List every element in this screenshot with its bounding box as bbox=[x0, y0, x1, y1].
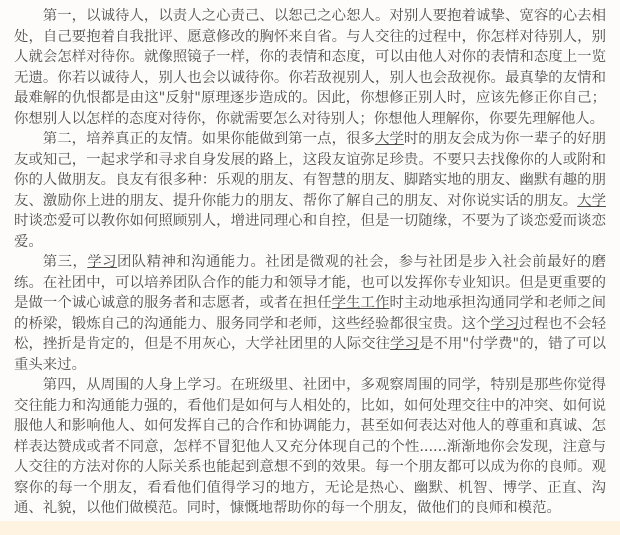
keyword-link[interactable]: 学习 bbox=[491, 316, 520, 332]
paragraph: 第一，以诚待人，以责人之心责己、以恕己之心恕人。对别人要抱着诚挚、宽容的心去相处… bbox=[14, 6, 606, 129]
paragraph: 第四，从周围的人身上学习。在班级里、社团中，多观察周围的同学，特别是那些你觉得交… bbox=[14, 375, 606, 519]
keyword-link[interactable]: 学习 bbox=[390, 336, 419, 352]
paragraph: 第三，学习团队精神和沟通能力。社团是微观的社会，参与社团是步入社会前最好的磨练。… bbox=[14, 252, 606, 375]
paragraph-text: 第二，培养真正的友情。如果你能做到第一点，很多 bbox=[43, 131, 375, 147]
paragraph-text: 时谈恋爱可以教你如何照顾别人，增进同理心和自控，但是一切随缘，不要为了谈恋爱而谈… bbox=[14, 213, 606, 250]
keyword-link[interactable]: 学习 bbox=[87, 254, 117, 270]
article-body: 第一，以诚待人，以责人之心责己、以恕己之心恕人。对别人要抱着诚挚、宽容的心去相处… bbox=[0, 0, 620, 519]
paragraph-text: 第三， bbox=[43, 254, 88, 270]
paragraph-text: 第四，从周围的人身上学习。在班级里、社团中，多观察周围的同学，特别是那些你觉得交… bbox=[14, 377, 606, 516]
keyword-link[interactable]: 大学 bbox=[375, 131, 404, 147]
keyword-link[interactable]: 大学 bbox=[577, 193, 606, 209]
paragraph-text: 第一，以诚待人，以责人之心责己、以恕己之心恕人。对别人要抱着诚挚、宽容的心去相处… bbox=[14, 8, 606, 127]
footer-band bbox=[0, 521, 620, 535]
keyword-link[interactable]: 学生工作 bbox=[332, 295, 390, 311]
paragraph: 第二，培养真正的友情。如果你能做到第一点，很多大学时的朋友会成为你一辈子的好朋友… bbox=[14, 129, 606, 252]
